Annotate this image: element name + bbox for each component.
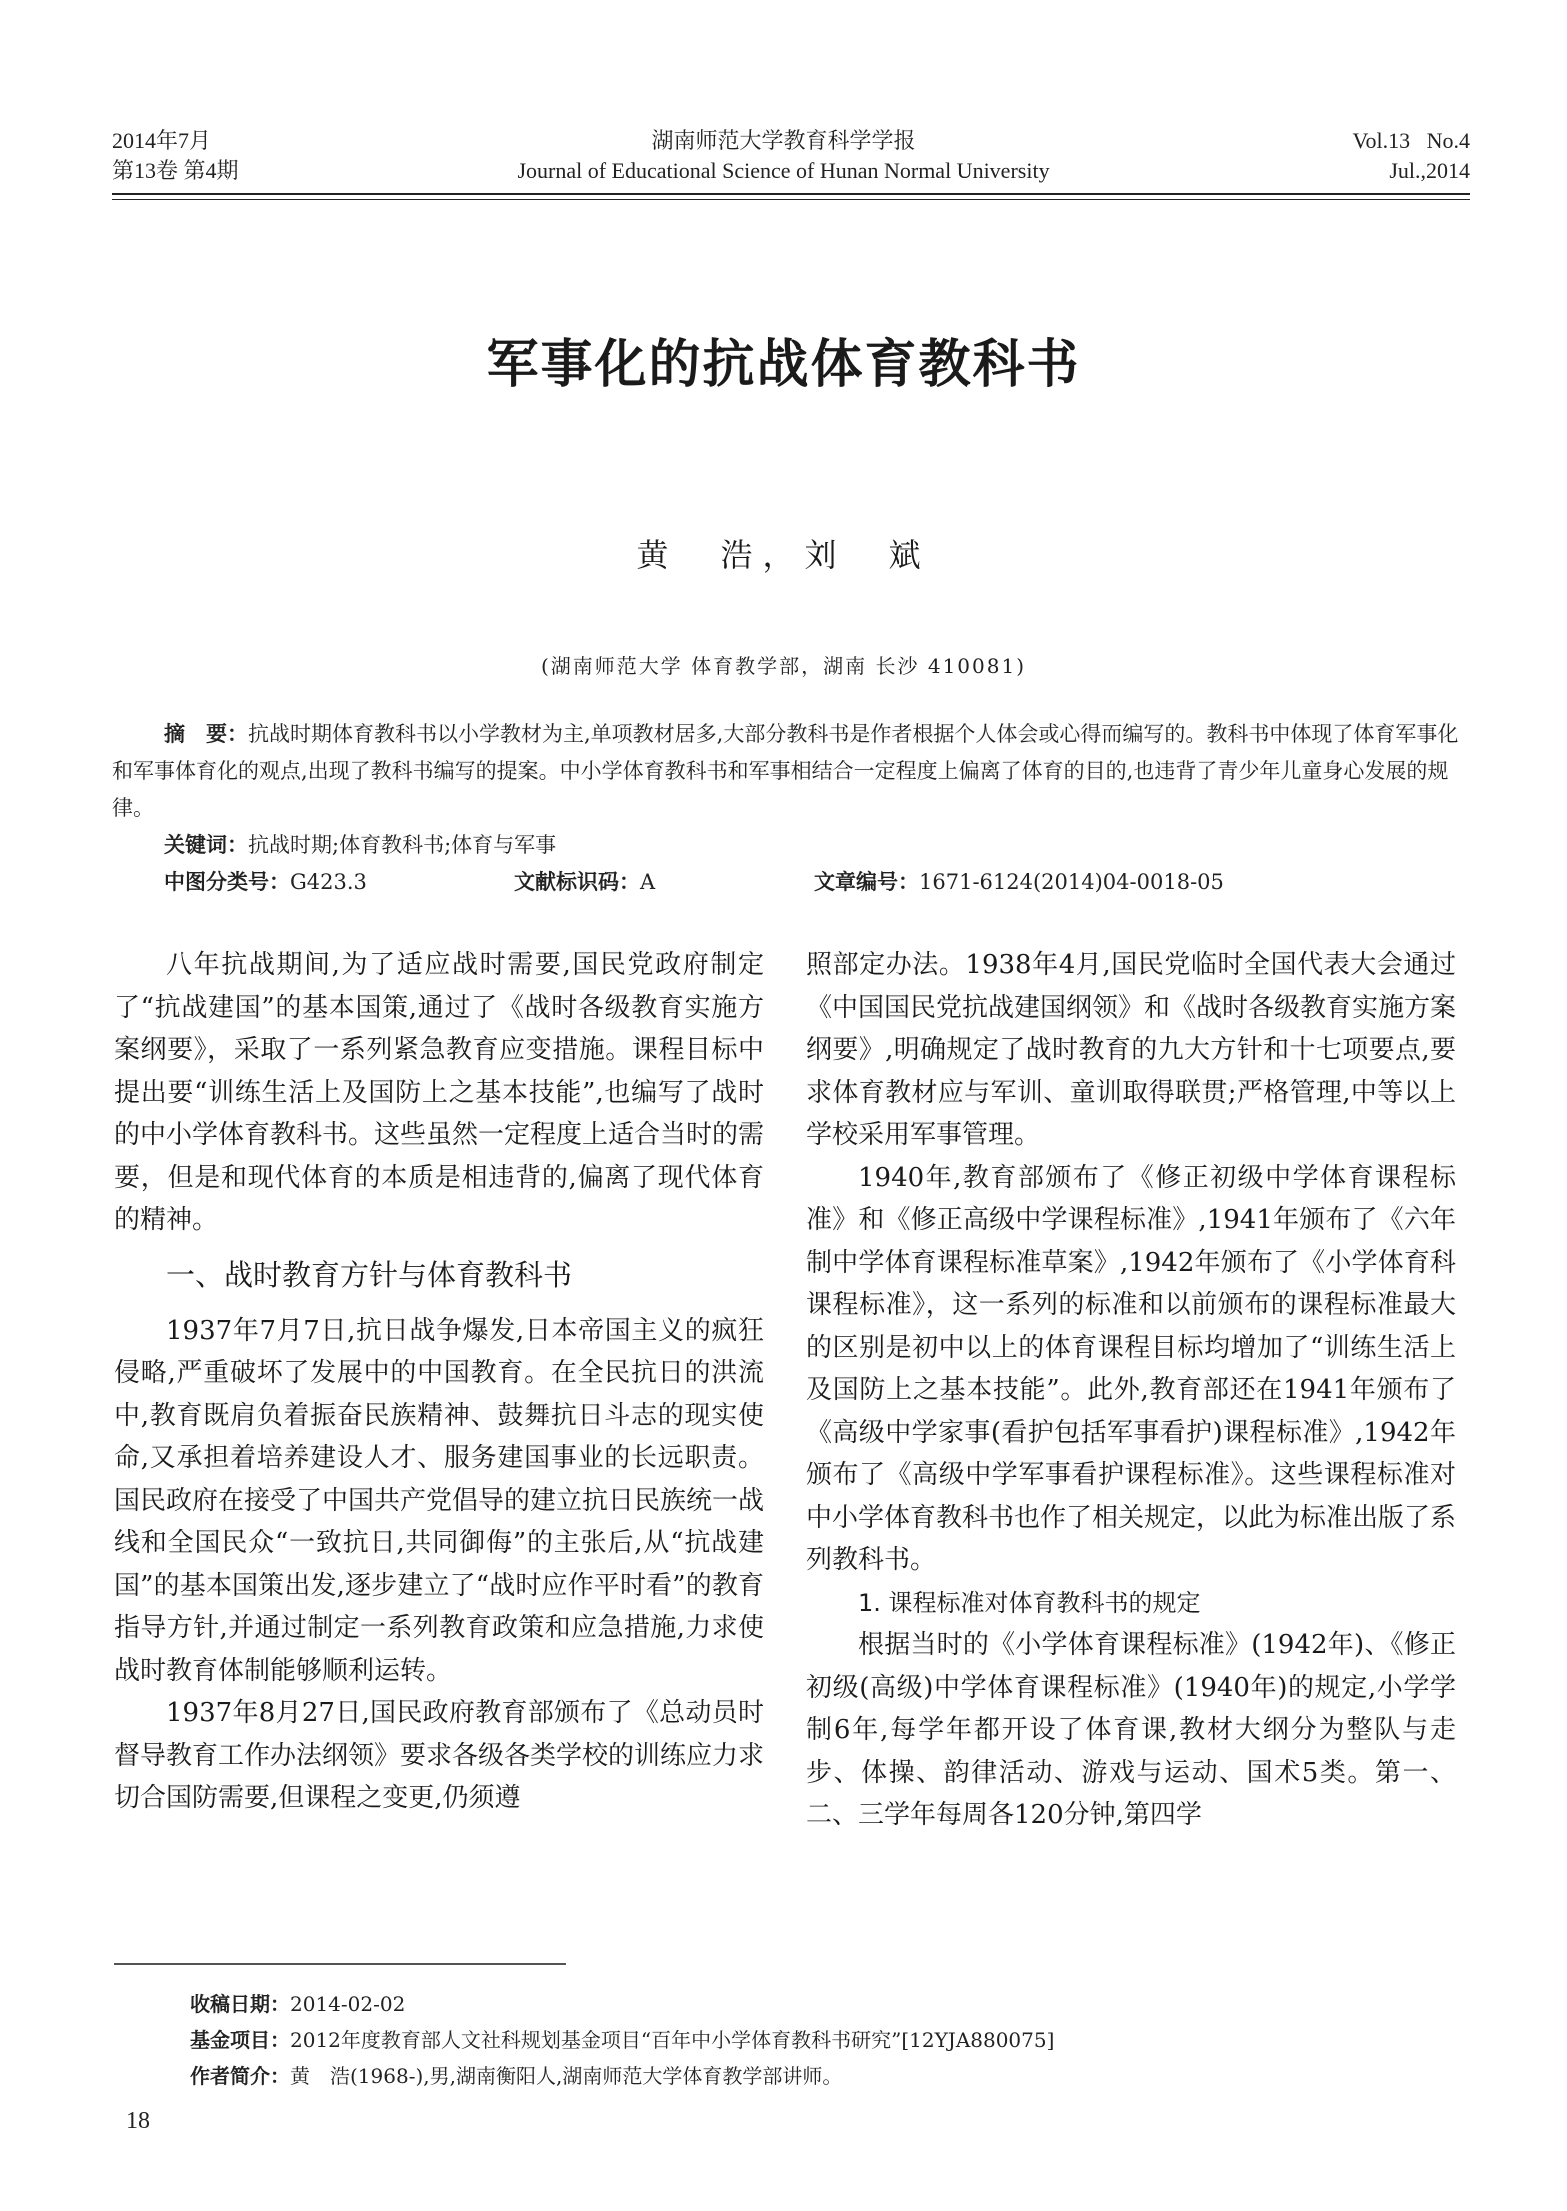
header-rule-thin [112,199,1470,200]
header-issue-cn: 第13卷 第4期 [112,156,239,186]
keywords: 关键词：抗战时期;体育教科书;体育与军事 [112,827,1470,864]
header-date-en: Jul.,2014 [1352,156,1470,186]
received-value: 2014-02-02 [290,1992,405,2016]
paragraph: 1937年7月7日,抗日战争爆发,日本帝国主义的疯狂侵略,严重破坏了发展中的中国… [114,1310,764,1693]
clc-label: 中图分类号： [164,870,290,894]
article-no-value: 1671-6124(2014)04-0018-05 [919,870,1224,894]
article-affiliation: (湖南师范大学 体育教学部，湖南 长沙 410081) [0,650,1567,679]
abstract: 摘 要：抗战时期体育教科书以小学教材为主,单项教材居多,大部分教科书是作者根据个… [112,716,1470,827]
journal-name-en: Journal of Educational Science of Hunan … [300,156,1267,186]
paragraph: 根据当时的《小学体育课程标准》(1942年)、《修正初级(高级)中学体育课程标准… [806,1624,1456,1837]
body-column-left: 八年抗战期间,为了适应战时需要,国民党政府制定了“抗战建国”的基本国策,通过了《… [114,944,764,1820]
footnote-rule [114,1963,566,1965]
paragraph: 1940年,教育部颁布了《修正初级中学体育课程标准》和《修正高级中学课程标准》,… [806,1157,1456,1582]
doc-code-label: 文献标识码： [514,870,640,894]
header-left: 2014年7月 第13卷 第4期 [112,126,239,186]
abstract-label: 摘 要： [164,722,248,746]
keywords-label: 关键词： [164,833,248,857]
article-title: 军事化的抗战体育教科书 [0,322,1567,397]
header-right: Vol.13 No.4 Jul.,2014 [1352,126,1470,186]
section-heading: 一、战时教育方针与体育教科书 [114,1244,764,1306]
clc-number: 中图分类号：G423.3 [164,864,514,901]
paragraph: 八年抗战期间,为了适应战时需要,国民党政府制定了“抗战建国”的基本国策,通过了《… [114,944,764,1242]
subsection-heading: 1. 课程标准对体育教科书的规定 [806,1582,1456,1625]
paragraph: 1937年8月27日,国民政府教育部颁布了《总动员时督导教育工作办法纲领》要求各… [114,1692,764,1820]
header-date-cn: 2014年7月 [112,126,239,156]
author-bio: 作者简介：黄 浩(1968-),男,湖南衡阳人,湖南师范大学体育教学部讲师。 [190,2058,1054,2094]
header-volume: Vol.13 No.4 [1352,126,1470,156]
received-label: 收稿日期： [190,1992,290,2016]
received-date: 收稿日期：2014-02-02 [190,1986,1054,2022]
fund-info: 基金项目：2012年度教育部人文社科规划基金项目“百年中小学体育教科书研究”[1… [190,2022,1054,2058]
document-code: 文献标识码：A [514,864,814,901]
bio-value: 黄 浩(1968-),男,湖南衡阳人,湖南师范大学体育教学部讲师。 [290,2064,842,2088]
abstract-text: 抗战时期体育教科书以小学教材为主,单项教材居多,大部分教科书是作者根据个人体会或… [112,722,1458,820]
article-authors: 黄 浩，刘 斌 [0,530,1567,576]
journal-name-cn: 湖南师范大学教育科学学报 [300,126,1267,156]
header-rule-thick [112,193,1470,195]
article-no-label: 文章编号： [814,870,919,894]
bio-label: 作者简介： [190,2064,290,2088]
footnote-block: 收稿日期：2014-02-02 基金项目：2012年度教育部人文社科规划基金项目… [190,1986,1054,2094]
page-number: 18 [126,2108,150,2135]
classification-row: 中图分类号：G423.3 文献标识码：A 文章编号：1671-6124(2014… [112,864,1470,901]
header-journal: 湖南师范大学教育科学学报 Journal of Educational Scie… [300,126,1267,186]
fund-value: 2012年度教育部人文社科规划基金项目“百年中小学体育教科书研究”[12YJA8… [290,2028,1054,2052]
keywords-text: 抗战时期;体育教科书;体育与军事 [248,833,556,857]
body-column-right: 照部定办法。1938年4月,国民党临时全国代表大会通过《中国国民党抗战建国纲领》… [806,944,1456,1837]
article-number: 文章编号：1671-6124(2014)04-0018-05 [814,864,1224,901]
clc-value: G423.3 [290,870,367,894]
abstract-block: 摘 要：抗战时期体育教科书以小学教材为主,单项教材居多,大部分教科书是作者根据个… [112,716,1470,901]
doc-code-value: A [640,870,655,894]
fund-label: 基金项目： [190,2028,290,2052]
paragraph-continued: 照部定办法。1938年4月,国民党临时全国代表大会通过《中国国民党抗战建国纲领》… [806,944,1456,1157]
